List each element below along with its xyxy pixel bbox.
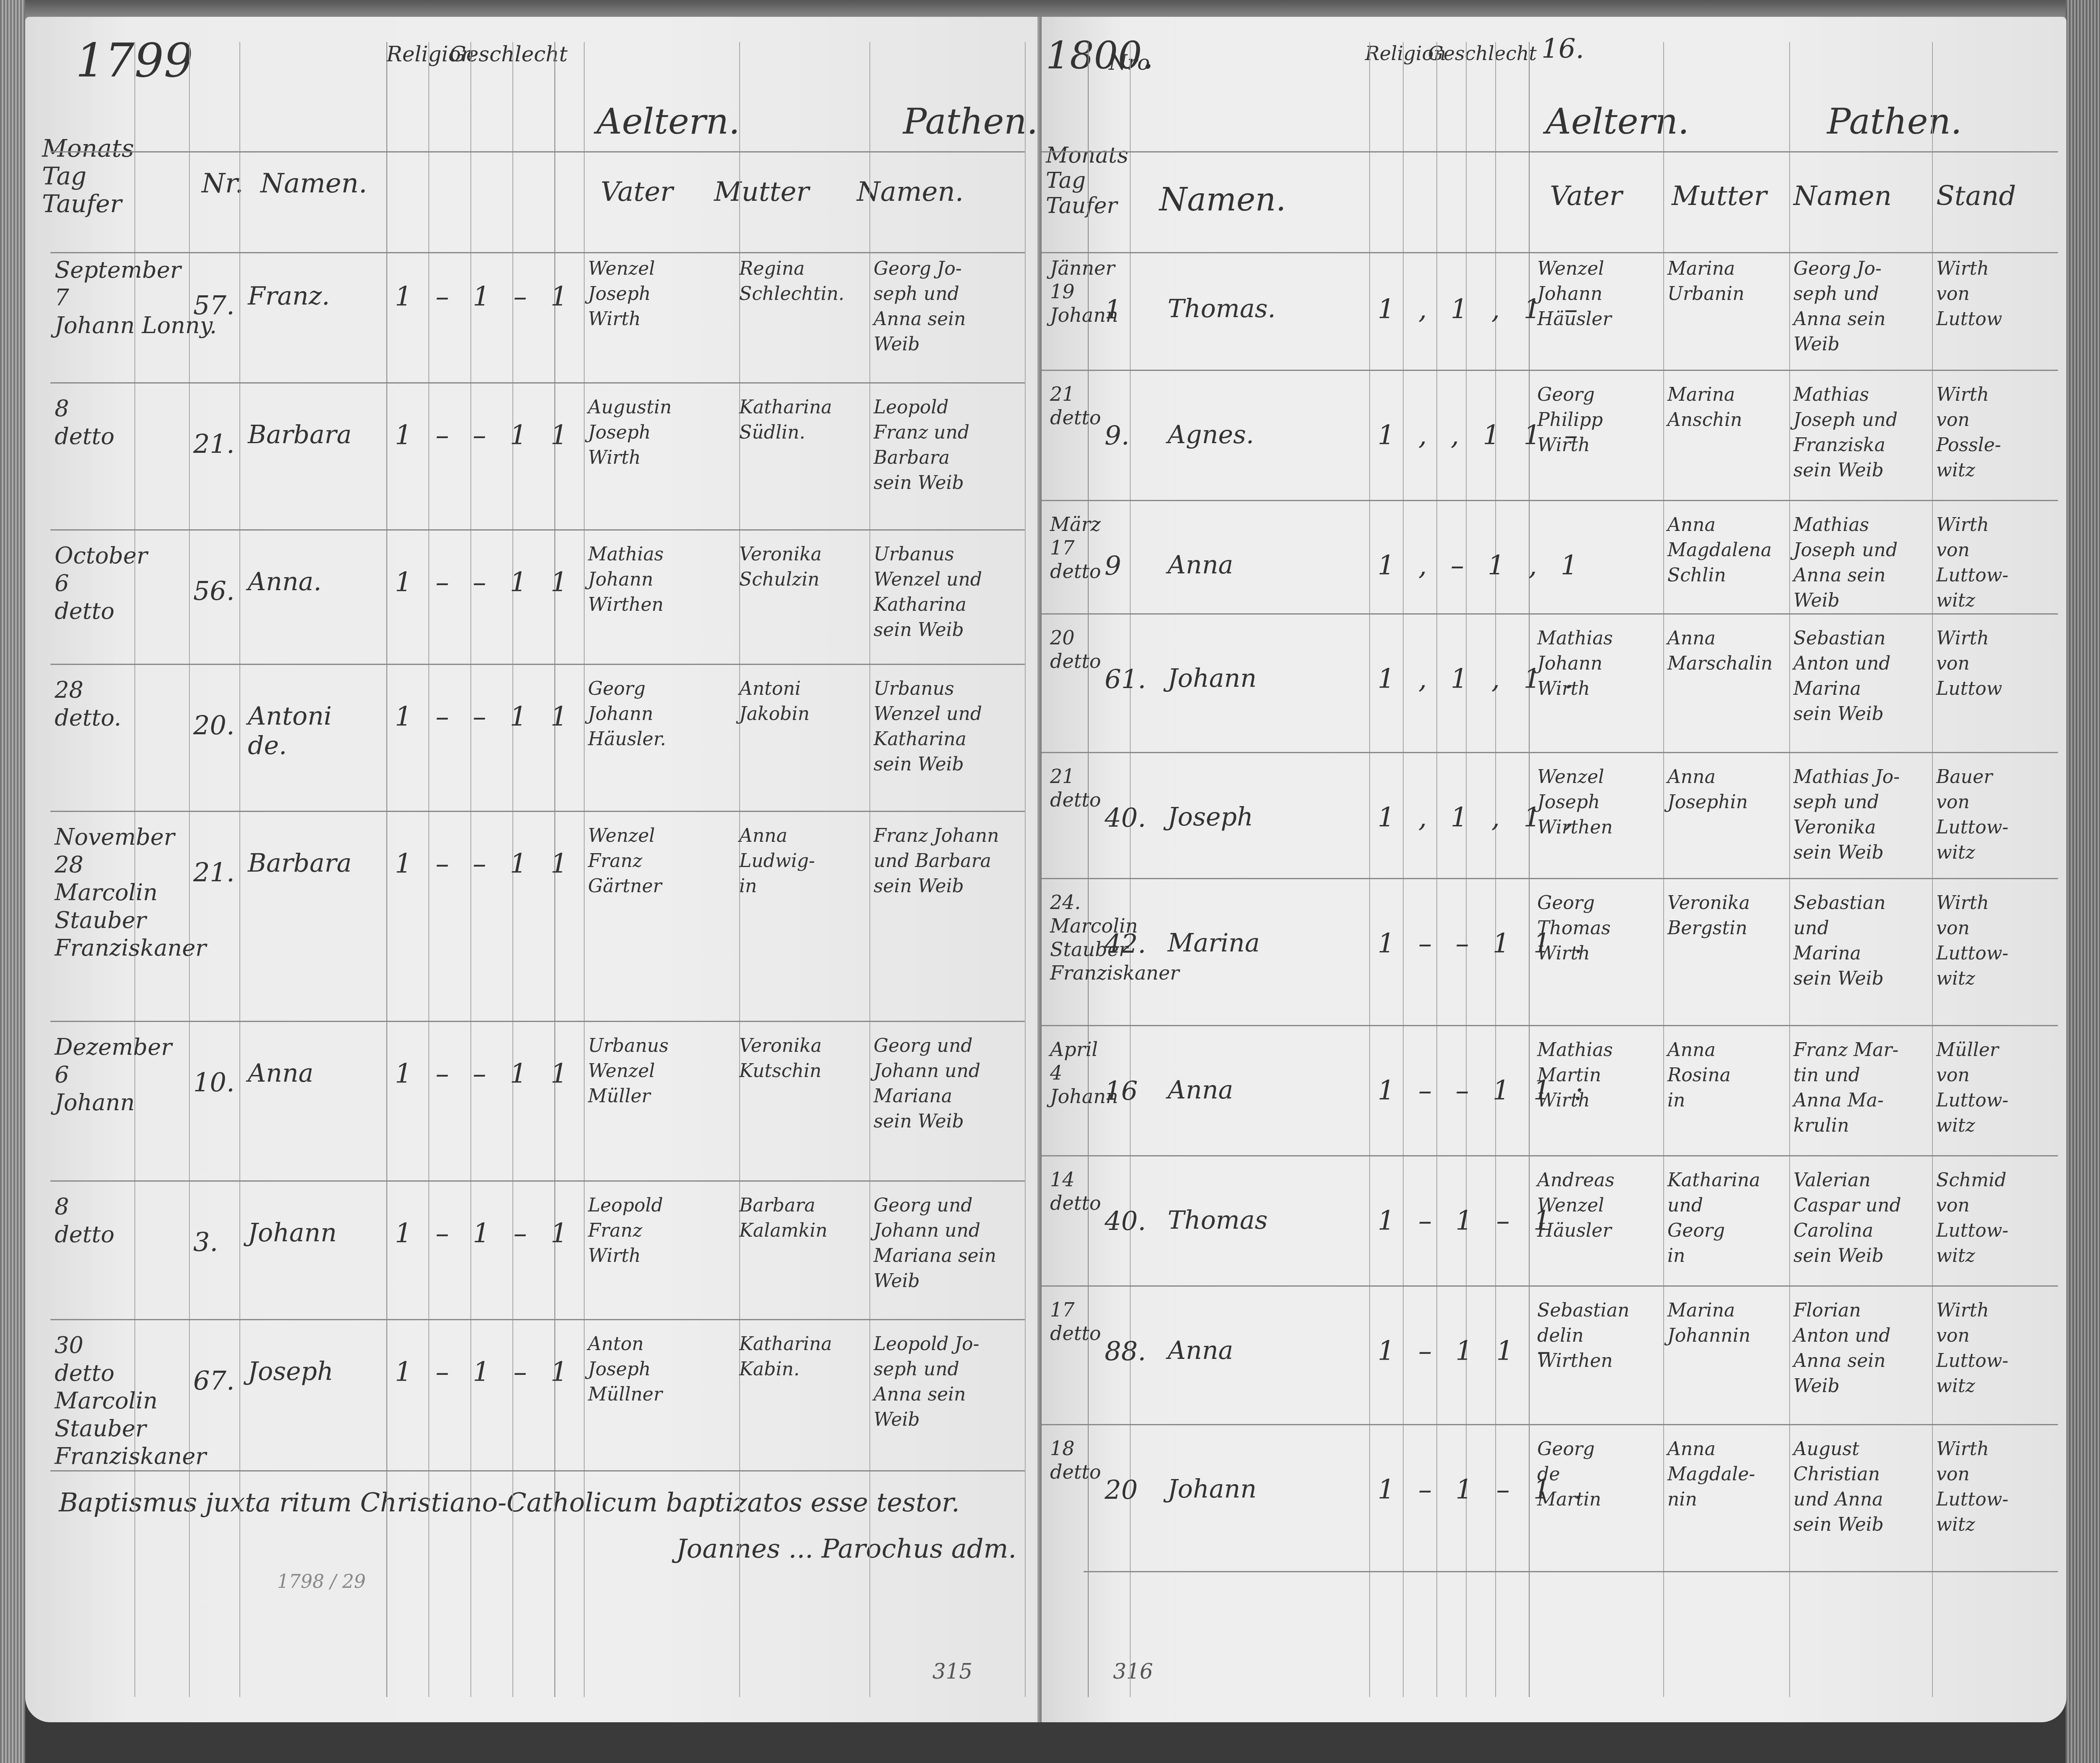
house-number: 61. bbox=[1105, 664, 1146, 694]
register-marks: 1 – 1 – 1 bbox=[1378, 1206, 1558, 1237]
godparents-names: Leopold Jo- seph und Anna sein Weib bbox=[874, 1332, 979, 1432]
left-page: 1799 Aeltern. Pathen. Religion Geschlech… bbox=[25, 17, 1042, 1722]
house-number: 21. bbox=[193, 428, 235, 459]
house-number: 67. bbox=[193, 1365, 235, 1396]
godparent-status: Wirth von Luttow bbox=[1936, 256, 2002, 332]
entry-date: 20 detto bbox=[1050, 626, 1101, 673]
godparents-names: Franz Johann und Barbara sein Weib bbox=[874, 823, 999, 899]
godparent-status: Wirth von Luttow- witz bbox=[1936, 1437, 2008, 1537]
ruled-row-line bbox=[50, 1021, 1025, 1022]
father-name: Mathias Martin Wirth bbox=[1537, 1038, 1613, 1113]
child-name: Anna bbox=[248, 1059, 313, 1088]
left-godparents-name-header: Namen. bbox=[857, 176, 963, 208]
left-sex-header: Geschlecht bbox=[449, 42, 567, 66]
left-footer-note: Baptismus juxta ritum Christiano-Catholi… bbox=[59, 1487, 960, 1518]
entry-date: 21 detto bbox=[1050, 765, 1101, 812]
mother-name: Antoni Jakobin bbox=[739, 676, 810, 727]
house-number: 40. bbox=[1105, 802, 1146, 833]
child-name: Anna bbox=[1168, 550, 1233, 580]
ruled-row-line bbox=[1042, 1424, 2058, 1425]
entry-date: 18 detto bbox=[1050, 1437, 1101, 1484]
ruled-column-line bbox=[1789, 42, 1790, 1697]
ruled-row-line bbox=[1042, 500, 2058, 501]
right-page-number: 316 bbox=[1113, 1659, 1153, 1684]
godparent-status: Wirth von Luttow- witz bbox=[1936, 1298, 2008, 1399]
register-marks: 1 , – 1 , 1 bbox=[1378, 550, 1585, 581]
ruled-row-line bbox=[50, 1319, 1025, 1320]
godparent-status: Müller von Luttow- witz bbox=[1936, 1038, 2008, 1138]
ruled-row-line bbox=[1042, 370, 2058, 371]
register-marks: 1 – 1 – 1 bbox=[395, 1218, 575, 1249]
father-name: Andreas Wenzel Häusler bbox=[1537, 1168, 1614, 1243]
ruled-column-line bbox=[386, 42, 387, 1697]
ruled-row-line bbox=[50, 1180, 1025, 1182]
godparent-status: Bauer von Luttow- witz bbox=[1936, 765, 2008, 865]
ruled-row-line bbox=[50, 252, 1025, 253]
godparents-names: Mathias Joseph und Anna sein Weib bbox=[1793, 512, 1898, 613]
entry-date: März 17 detto bbox=[1050, 512, 1101, 583]
register-marks: 1 – – 1 1 bbox=[395, 420, 575, 451]
mother-name: Anna Rosina in bbox=[1667, 1038, 1731, 1113]
mother-name: Anna Josephin bbox=[1667, 765, 1748, 815]
entry-date: 30 detto Marcolin Stauber Franziskaner bbox=[55, 1332, 206, 1470]
house-number: 9. bbox=[1105, 420, 1129, 451]
ruled-column-line bbox=[869, 42, 870, 1697]
ruled-row-line bbox=[1042, 151, 2058, 152]
right-sex-header: Geschlecht bbox=[1428, 42, 1537, 65]
book-left-edge bbox=[0, 0, 25, 1763]
father-name: Wenzel Joseph Wirthen bbox=[1537, 765, 1613, 840]
ruled-row-line bbox=[50, 811, 1025, 812]
godparents-names: Valerian Caspar und Carolina sein Weib bbox=[1793, 1168, 1901, 1269]
house-number: 9 bbox=[1105, 550, 1121, 581]
right-parents-header: Aeltern. bbox=[1546, 101, 1689, 142]
ruled-row-line bbox=[1042, 878, 2058, 879]
mother-name: Marina Johannin bbox=[1667, 1298, 1751, 1348]
left-godparents-header: Pathen. bbox=[903, 101, 1038, 142]
godparents-names: Georg und Johann und Mariana sein Weib bbox=[874, 1193, 996, 1294]
house-number: 1 bbox=[1105, 294, 1121, 325]
father-name: Sebastian delin Wirthen bbox=[1537, 1298, 1629, 1374]
house-number: 20 bbox=[1105, 1474, 1138, 1505]
right-status-header: Stand bbox=[1936, 181, 2016, 212]
ruled-row-line bbox=[1042, 752, 2058, 753]
ruled-row-line bbox=[1042, 252, 2058, 253]
ruled-column-line bbox=[1130, 42, 1131, 1697]
ruled-column-line bbox=[1466, 42, 1467, 1697]
house-number: 3. bbox=[193, 1227, 218, 1257]
child-name: Anna bbox=[1168, 1336, 1233, 1365]
house-number: 40. bbox=[1105, 1206, 1146, 1236]
child-name: Marina bbox=[1168, 928, 1260, 958]
child-name: Johann bbox=[1168, 664, 1257, 693]
left-pencil-note: 1798 / 29 bbox=[277, 1571, 366, 1592]
child-name: Barbara bbox=[248, 849, 352, 878]
godparents-names: Leopold Franz und Barbara sein Weib bbox=[874, 395, 969, 496]
right-godparents-header: Pathen. bbox=[1827, 101, 1962, 142]
child-name: Agnes. bbox=[1168, 420, 1254, 449]
entry-date: 8 detto bbox=[55, 1193, 114, 1248]
right-name-header: Namen. bbox=[1159, 181, 1286, 218]
ruled-row-line bbox=[50, 664, 1025, 665]
child-name: Anna bbox=[1168, 1075, 1233, 1105]
father-name: Anton Joseph Müllner bbox=[588, 1332, 662, 1407]
house-number: 56. bbox=[193, 575, 235, 606]
ruled-column-line bbox=[1403, 42, 1404, 1697]
mother-name: Katharina Südlin. bbox=[739, 395, 832, 445]
godparents-names: Mathias Joseph und Franziska sein Weib bbox=[1793, 382, 1898, 483]
right-godparents-name-header: Namen bbox=[1793, 181, 1892, 212]
ruled-column-line bbox=[1932, 42, 1933, 1697]
godparents-names: Georg Jo- seph und Anna sein Weib bbox=[1793, 256, 1886, 357]
left-signature: Joannes ... Parochus adm. bbox=[676, 1533, 1016, 1564]
entry-date: October 6 detto bbox=[55, 542, 147, 625]
ruled-column-line bbox=[1663, 42, 1664, 1697]
mother-name: Katharina und Georg in bbox=[1667, 1168, 1760, 1269]
father-name: Wenzel Joseph Wirth bbox=[588, 256, 655, 332]
register-marks: 1 – – 1 1 bbox=[395, 702, 575, 733]
father-name: Mathias Johann Wirthen bbox=[588, 542, 664, 617]
ruled-row-line bbox=[50, 529, 1025, 531]
godparents-names: August Christian und Anna sein Weib bbox=[1793, 1437, 1884, 1537]
godparents-names: Georg Jo- seph und Anna sein Weib bbox=[874, 256, 966, 357]
register-marks: 1 – – 1 1 bbox=[395, 567, 575, 598]
house-number: 42. bbox=[1105, 928, 1146, 959]
mother-name: Anna Marschalin bbox=[1667, 626, 1773, 676]
godparents-names: Urbanus Wenzel und Katharina sein Weib bbox=[874, 676, 982, 777]
father-name: Augustin Joseph Wirth bbox=[588, 395, 672, 470]
register-marks: 1 – 1 – 1 bbox=[395, 281, 575, 313]
ruled-row-line bbox=[50, 151, 1025, 152]
father-name: Georg Johann Häusler. bbox=[588, 676, 666, 752]
right-page: 1800. Nro 16. Religion Geschlecht Aelter… bbox=[1042, 17, 2066, 1722]
ruled-row-line bbox=[1042, 1025, 2058, 1026]
register-marks: 1 – 1 1 – bbox=[1378, 1336, 1558, 1367]
right-folio: 16. bbox=[1541, 34, 1584, 65]
entry-date: November 28 Marcolin Stauber Franziskane… bbox=[55, 823, 206, 962]
house-number: 57. bbox=[193, 290, 235, 321]
left-father-header: Vater bbox=[601, 176, 673, 208]
right-date-header: Monats Tag Taufer bbox=[1046, 143, 1096, 218]
child-name: Thomas bbox=[1168, 1206, 1268, 1235]
father-name: Georg Thomas Wirth bbox=[1537, 891, 1611, 966]
ruled-column-line bbox=[1025, 42, 1026, 1697]
child-name: Johann bbox=[1168, 1474, 1257, 1504]
mother-name: Anna Magdale- nin bbox=[1667, 1437, 1755, 1512]
entry-date: 21 detto bbox=[1050, 382, 1101, 429]
child-name: Joseph bbox=[1168, 802, 1253, 832]
ruled-column-line bbox=[1495, 42, 1496, 1697]
father-name: Mathias Johann Wirth bbox=[1537, 626, 1613, 702]
left-parents-header: Aeltern. bbox=[596, 101, 740, 142]
mother-name: Veronika Kutschin bbox=[739, 1033, 822, 1084]
book-right-edge bbox=[2066, 0, 2100, 1763]
godparents-names: Sebastian Anton und Marina sein Weib bbox=[1793, 626, 1890, 727]
father-name: Georg Philipp Wirth bbox=[1537, 382, 1603, 458]
mother-name: Anna Ludwig- in bbox=[739, 823, 815, 899]
child-name: Anna. bbox=[248, 567, 321, 596]
house-number: 10. bbox=[193, 1067, 235, 1098]
ruled-column-line bbox=[1436, 42, 1437, 1697]
child-name: Joseph bbox=[248, 1357, 333, 1386]
godparents-names: Florian Anton und Anna sein Weib bbox=[1793, 1298, 1890, 1399]
father-name: Urbanus Wenzel Müller bbox=[588, 1033, 669, 1109]
entry-date: 14 detto bbox=[1050, 1168, 1101, 1215]
register-marks: 1 – 1 – 1 bbox=[395, 1357, 575, 1388]
ruled-row-line bbox=[1042, 613, 2058, 615]
ruled-column-line bbox=[1369, 42, 1370, 1697]
godparents-names: Sebastian und Marina sein Weib bbox=[1793, 891, 1885, 991]
mother-name: Katharina Kabin. bbox=[739, 1332, 832, 1382]
ruled-row-line bbox=[50, 1470, 1025, 1471]
godparent-status: Schmid von Luttow- witz bbox=[1936, 1168, 2008, 1269]
entry-date: Dezember 6 Johann bbox=[55, 1033, 172, 1117]
child-name: Franz. bbox=[248, 281, 330, 311]
house-number: 20. bbox=[193, 710, 235, 741]
ruled-row-line bbox=[1042, 1155, 2058, 1156]
mother-name: Barbara Kalamkin bbox=[739, 1193, 827, 1243]
house-number: 16 bbox=[1105, 1075, 1138, 1106]
child-name: Barbara bbox=[248, 420, 352, 449]
left-date-header: Monats Tag Taufer bbox=[42, 134, 118, 218]
register-marks: 1 – – 1 1 bbox=[395, 849, 575, 880]
entry-date: 8 detto bbox=[55, 395, 114, 450]
right-father-header: Vater bbox=[1550, 181, 1622, 212]
father-name: Wenzel Johann Häusler bbox=[1537, 256, 1612, 332]
godparents-names: Georg und Johann und Mariana sein Weib bbox=[874, 1033, 980, 1134]
ruled-row-line bbox=[1084, 1571, 2058, 1572]
open-register-book: 1799 Aeltern. Pathen. Religion Geschlech… bbox=[0, 0, 2100, 1763]
mother-name: Marina Urbanin bbox=[1667, 256, 1744, 307]
godparent-status: Wirth von Luttow- witz bbox=[1936, 891, 2008, 991]
mother-name: Regina Schlechtin. bbox=[739, 256, 844, 307]
right-number-header: Nro bbox=[1109, 50, 1150, 75]
child-name: Antoni de. bbox=[248, 702, 332, 760]
left-number-header: Nr. bbox=[202, 168, 244, 199]
house-number: 21. bbox=[193, 857, 235, 888]
entry-date: 28 detto. bbox=[55, 676, 121, 732]
father-name: Leopold Franz Wirth bbox=[588, 1193, 663, 1269]
godparent-status: Wirth von Luttow bbox=[1936, 626, 2002, 702]
godparent-status: Wirth von Possle- witz bbox=[1936, 382, 2001, 483]
ruled-row-line bbox=[1042, 1285, 2058, 1287]
house-number: 88. bbox=[1105, 1336, 1146, 1366]
godparent-status: Wirth von Luttow- witz bbox=[1936, 512, 2008, 613]
godparents-names: Urbanus Wenzel und Katharina sein Weib bbox=[874, 542, 982, 643]
child-name: Johann bbox=[248, 1218, 337, 1248]
ruled-column-line bbox=[584, 42, 585, 1697]
child-name: Thomas. bbox=[1168, 294, 1276, 323]
entry-date: 17 detto bbox=[1050, 1298, 1101, 1345]
mother-name: Veronika Schulzin bbox=[739, 542, 822, 592]
godparents-names: Franz Mar- tin und Anna Ma- krulin bbox=[1793, 1038, 1899, 1138]
mother-name: Anna Magdalena Schlin bbox=[1667, 512, 1772, 588]
ruled-column-line bbox=[239, 42, 240, 1697]
left-page-number: 315 bbox=[932, 1659, 972, 1684]
mother-name: Marina Anschin bbox=[1667, 382, 1742, 433]
entry-date: September 7 Johann Lonny. bbox=[55, 256, 217, 339]
register-marks: 1 – – 1 1 bbox=[395, 1059, 575, 1090]
godparents-names: Mathias Jo- seph und Veronika sein Weib bbox=[1793, 765, 1900, 865]
father-name: Georg de Martin bbox=[1537, 1437, 1601, 1512]
mother-name: Veronika Bergstin bbox=[1667, 891, 1750, 941]
father-name: Wenzel Franz Gärtner bbox=[588, 823, 662, 899]
ruled-row-line bbox=[50, 382, 1025, 384]
left-name-header: Namen. bbox=[260, 168, 367, 199]
ruled-column-line bbox=[1529, 42, 1530, 1697]
left-mother-header: Mutter bbox=[714, 176, 809, 208]
right-mother-header: Mutter bbox=[1672, 181, 1767, 212]
